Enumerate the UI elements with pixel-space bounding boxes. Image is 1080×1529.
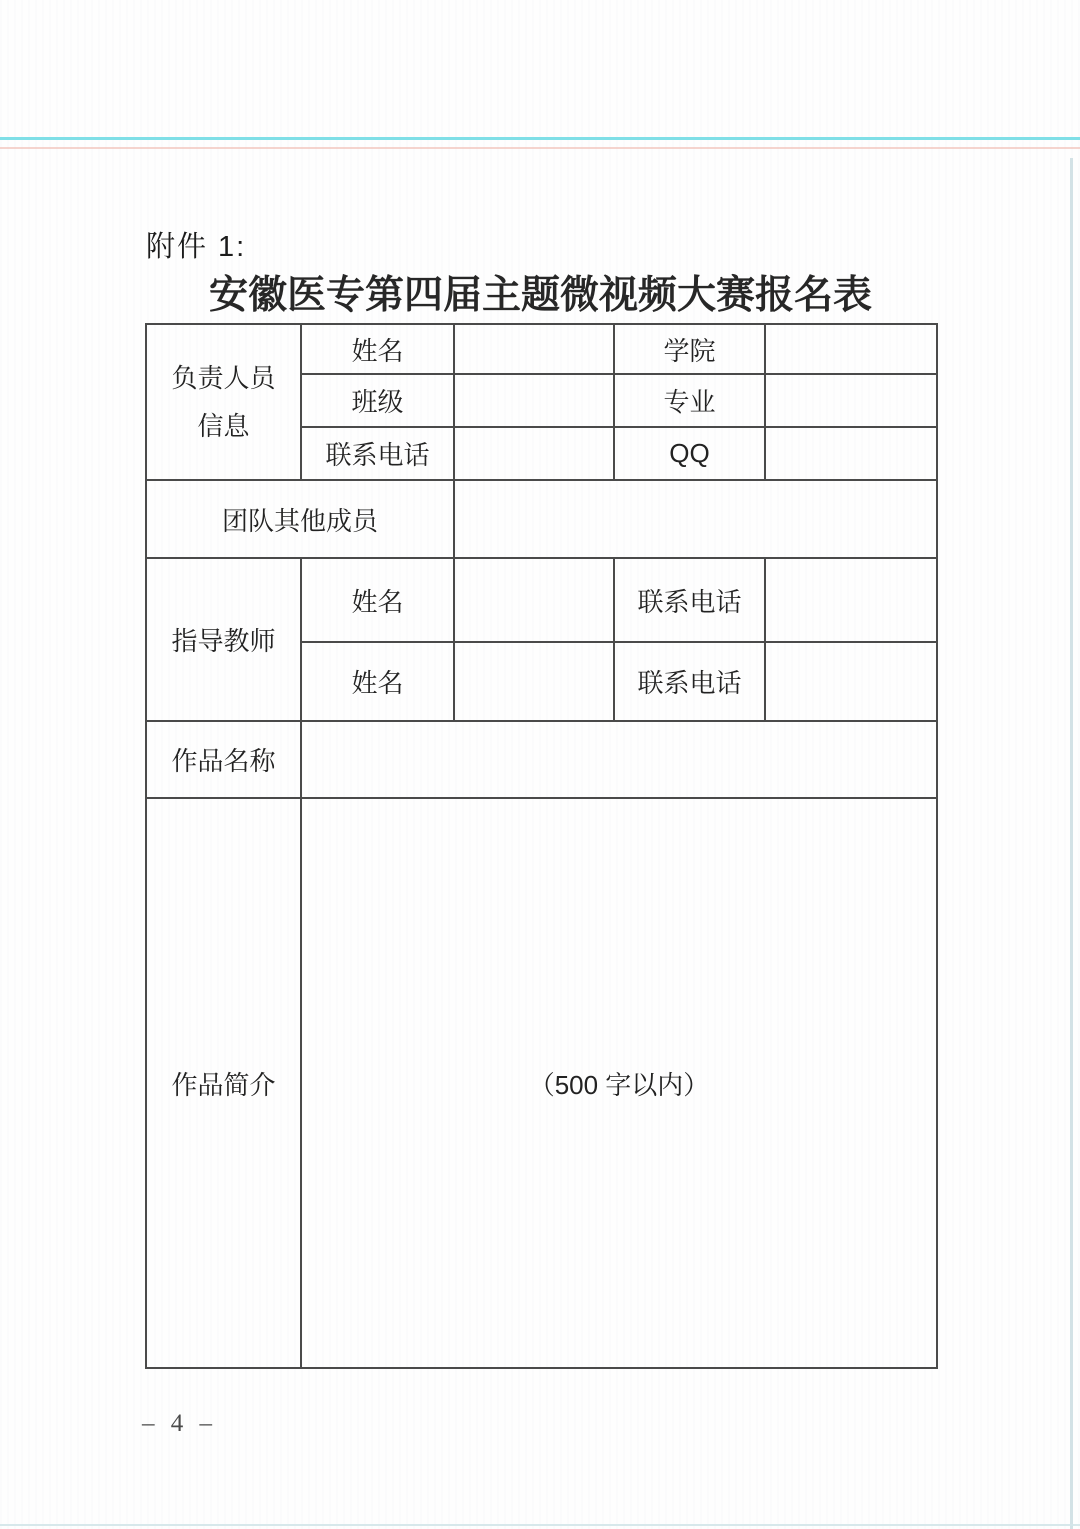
leader-major-label-cell: 专业: [614, 374, 765, 427]
work-intro-label-cell: 作品简介: [146, 798, 301, 1368]
table-row: 负责人员 信息 姓名 学院: [146, 324, 937, 374]
advisor1-phone-value-cell: [765, 558, 937, 642]
leader-info-label-line2: 信息: [147, 402, 300, 450]
page-number: – 4 –: [142, 1410, 217, 1438]
work-title-label-cell: 作品名称: [146, 721, 301, 798]
work-intro-content-cell: （500 字以内）: [301, 798, 937, 1368]
leader-info-label-line1: 负责人员: [147, 354, 300, 402]
leader-info-header-cell: 负责人员 信息: [146, 324, 301, 480]
table-row: 团队其他成员: [146, 480, 937, 558]
leader-phone-value-cell: [454, 427, 614, 480]
table-row: 作品简介 （500 字以内）: [146, 798, 937, 1368]
table-row: 作品名称: [146, 721, 937, 798]
scan-artifact-bottom-edge-line: [0, 1524, 1080, 1526]
leader-name-value-cell: [454, 324, 614, 374]
leader-phone-label-cell: 联系电话: [301, 427, 454, 480]
scan-artifact-right-edge-line: [1070, 158, 1073, 1529]
scanned-document-page: 附件 1: 安徽医专第四届主题微视频大赛报名表 负责人员 信息 姓名 学院 班级: [0, 0, 1080, 1529]
leader-class-label-cell: 班级: [301, 374, 454, 427]
registration-form-table: 负责人员 信息 姓名 学院 班级 专业 联系电话 QQ 团: [145, 323, 938, 1369]
form-title: 安徽医专第四届主题微视频大赛报名表: [145, 264, 936, 320]
table-row: 指导教师 姓名 联系电话: [146, 558, 937, 642]
advisor-header-cell: 指导教师: [146, 558, 301, 721]
team-members-label-cell: 团队其他成员: [146, 480, 454, 558]
scan-artifact-cyan-line: [0, 137, 1080, 140]
attachment-label: 附件 1:: [146, 224, 246, 265]
leader-college-label-cell: 学院: [614, 324, 765, 374]
leader-qq-label-cell: QQ: [614, 427, 765, 480]
leader-major-value-cell: [765, 374, 937, 427]
leader-college-value-cell: [765, 324, 937, 374]
scan-artifact-pink-line: [0, 147, 1080, 149]
advisor2-name-value-cell: [454, 642, 614, 721]
leader-class-value-cell: [454, 374, 614, 427]
advisor2-phone-label-cell: 联系电话: [614, 642, 765, 721]
advisor1-name-value-cell: [454, 558, 614, 642]
advisor1-phone-label-cell: 联系电话: [614, 558, 765, 642]
work-title-value-cell: [301, 721, 937, 798]
team-members-value-cell: [454, 480, 937, 558]
advisor2-phone-value-cell: [765, 642, 937, 721]
word-limit-hint: （500 字以内）: [529, 1070, 710, 1100]
leader-qq-value-cell: [765, 427, 937, 480]
advisor2-name-label-cell: 姓名: [301, 642, 454, 721]
advisor1-name-label-cell: 姓名: [301, 558, 454, 642]
leader-name-label-cell: 姓名: [301, 324, 454, 374]
